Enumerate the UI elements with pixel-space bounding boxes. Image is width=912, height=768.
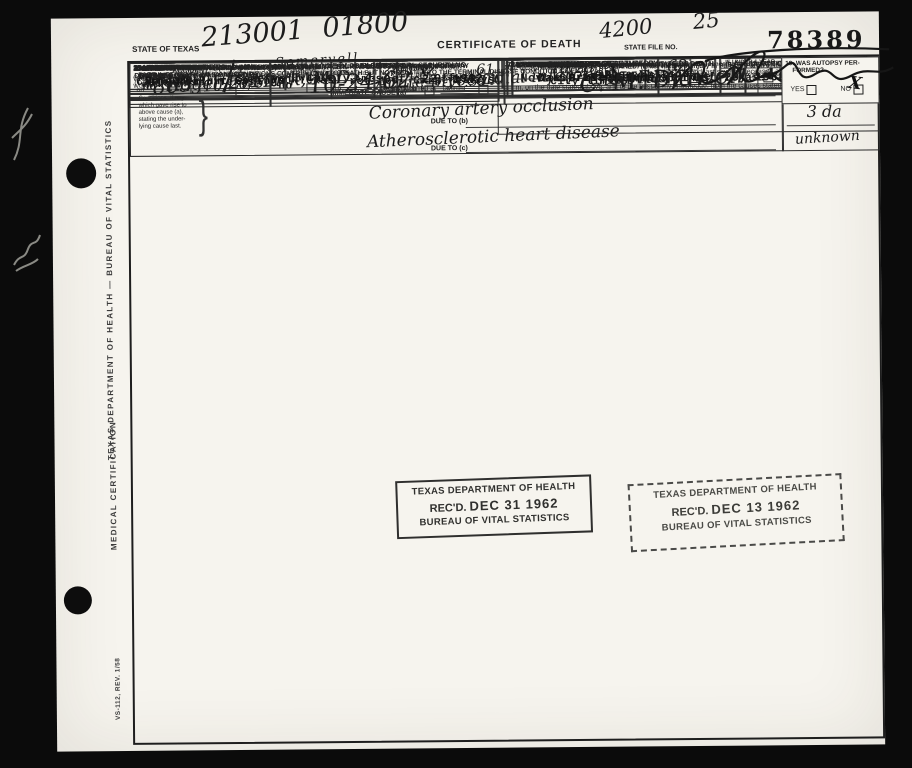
field-date-recd-local-registrar: 25b. DATE REC'D BY LOCAL REGISTRAR 10-24…	[269, 60, 505, 107]
margin-pen-mark	[6, 100, 46, 170]
stamp-date: DEC 13 1962	[711, 497, 801, 517]
conditions-note-5: lying cause last.	[139, 123, 182, 130]
registrar-file-no-value: 863	[152, 72, 194, 99]
side-bureau-caption: TEXAS DEPARTMENT OF HEALTH — BUREAU OF V…	[104, 120, 116, 461]
date-received-value: 10-24-62	[308, 67, 413, 99]
margin-pen-mark	[8, 225, 48, 275]
field-registrar-file-no: 25a. REGISTRAR'S FILE NO. 863	[129, 62, 271, 108]
handwritten-header-number-right: 4200 25	[598, 8, 721, 43]
certificate-title: CERTIFICATE OF DEATH	[437, 38, 582, 51]
field-label: 25a. REGISTRAR'S FILE NO.	[133, 64, 228, 73]
punch-hole	[64, 586, 92, 614]
punch-hole	[66, 158, 96, 188]
side-medical-caption: MEDICAL CERTIFICATION	[108, 421, 118, 550]
certificate-paper: TEXAS DEPARTMENT OF HEALTH — BUREAU OF V…	[51, 11, 885, 751]
handwritten-header-number-left: 213001 01800	[200, 6, 409, 53]
stamp-date: DEC 31 1962	[469, 496, 559, 514]
funeral-director-signature	[697, 39, 897, 97]
form-number: VS-112, REV. 1/58	[114, 658, 122, 721]
received-stamp-right: TEXAS DEPARTMENT OF HEALTH REC'D. DEC 13…	[628, 473, 845, 552]
scanned-death-certificate: { "header": { "state_label": "STATE OF T…	[0, 0, 912, 768]
stamp-recd-label: REC'D.	[429, 502, 466, 515]
received-stamp-left: TEXAS DEPARTMENT OF HEALTH REC'D. DEC 31…	[395, 474, 593, 539]
state-of-texas-label: STATE OF TEXAS	[132, 44, 199, 54]
stamp-recd-label: REC'D.	[671, 505, 708, 519]
certificate-form: 1. PLACE OF DEATH a. COUNTY Somervell So…	[127, 54, 885, 745]
